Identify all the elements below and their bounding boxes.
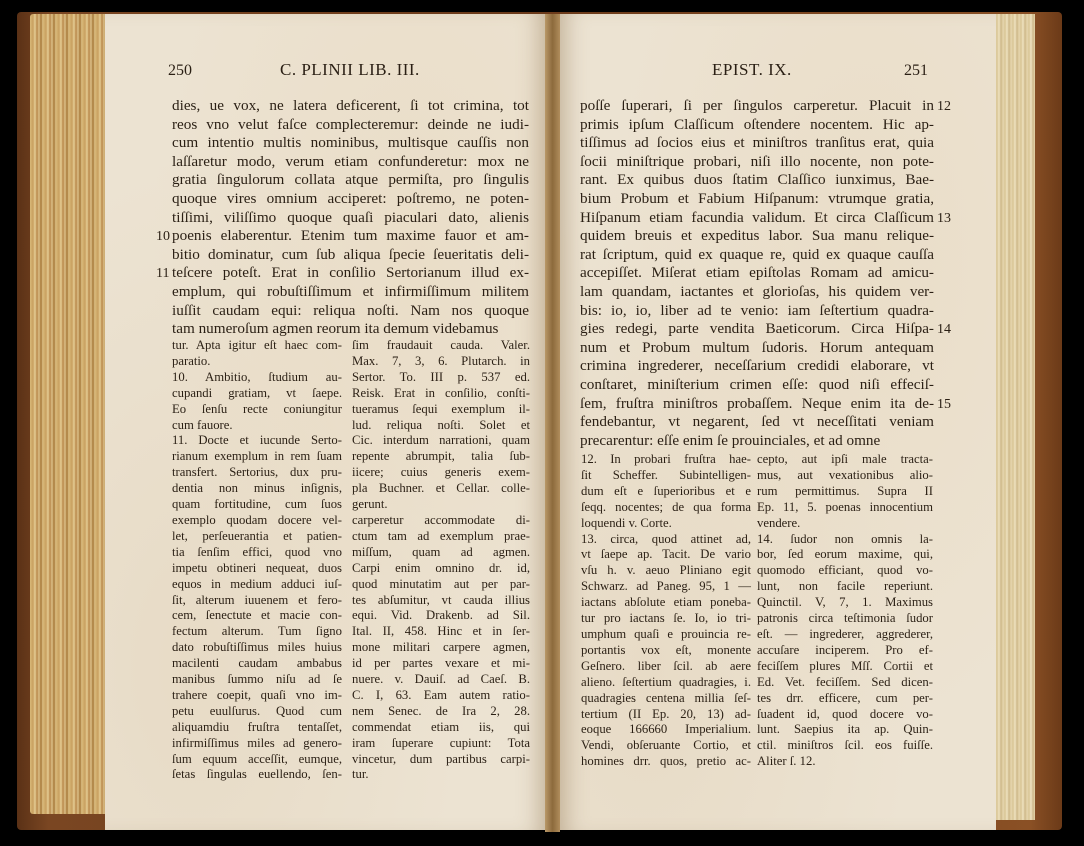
note-line: quomodo efficiant, quod vo- [757,563,933,579]
note-line: rianum exemplum in rem ſuam [172,449,342,465]
note-line: eſt. — ingrederer, aggrederer, [757,627,933,643]
note-line: Max. 7, 3, 6. Plutarch. in [352,354,530,370]
note-line: miſſum, quam ad agmen. [352,545,530,561]
text-line: tiſſimi, viliſſimo quoque quaſi piacular… [172,209,529,228]
note-line: let, perſeuerantia et patien- [172,529,342,545]
note-line: Carpi enim omnino dr. id, [352,561,530,577]
note-line: id per partes vexare et mi- [352,656,530,672]
note-line: rum permittimus. Supra II [757,484,933,500]
left-main-text: dies, ue vox, ne latera deficerent, ſi t… [172,97,529,339]
note-line: iactans abſolute etiam poneba- [581,595,751,611]
note-line: ſeqq. nocentes; de qua forma [581,500,751,516]
note-line: pla Buchner. et Cellar. colle- [352,481,530,497]
note-line: commendat etiam iis, qui [352,720,530,736]
note-line: Quinctil. V, 7, 1. Maximus [757,595,933,611]
text-line: emplum, qui robuſtiſſimum et infirmiſſim… [172,283,529,302]
text-line: precarentur: eſſe enim ſe prouinciales, … [580,432,934,451]
margin-number: 10 [156,229,170,245]
note-line: ſum equum acceſſit, eumque, [172,752,342,768]
left-notes-column-1: tur. Apta igitur eſt haec com-paratio.10… [172,338,342,783]
note-line: manibus ſummo niſu ad ſe [172,672,342,688]
note-line: ſit Scheffer. Subintelligen- [581,468,751,484]
note-line: dato robuſtiſſimus miles huius [172,640,342,656]
margin-number: 14 [937,322,951,338]
text-line: iuſſit caudam equi: reliqua noſti. Nam n… [172,302,529,321]
text-line: dies, ue vox, ne latera deficerent, ſi t… [172,97,529,116]
note-line: 10. Ambitio, ſtudium au- [172,370,342,386]
note-line: paratio. [172,354,342,370]
note-line: patronis circa teſtimonia ſudor [757,611,933,627]
note-line: umphum quaſi e prouincia re- [581,627,751,643]
note-line: ctum tam ad exemplum prae- [352,529,530,545]
note-line: lunt. Saepius ita ap. Quin- [757,722,933,738]
note-line: carperetur accommodate di- [352,513,530,529]
text-line: lam quandam, iactantes et glorioſas, his… [580,283,934,302]
note-line: portantis vox eſt, monente [581,643,751,659]
note-line: transfert. Sertorius, dux pru- [172,465,342,481]
note-line: cem, ſenectute et macie con- [172,608,342,624]
text-line: gies redegi, parte vendita Baeticorum. C… [580,320,934,339]
note-line: Schwarz. ad Paneg. 95, 1 — [581,579,751,595]
left-page-number: 250 [168,62,192,80]
note-line: cupandi gratiam, vt ſaepe. [172,386,342,402]
text-line: rat ſcriptum, quid ex quaque re, quid ex… [580,246,934,265]
note-line: cum fauore. [172,418,342,434]
note-line: equos in medium adduci iuſ- [172,577,342,593]
note-line: Vendi, obſeruante Cortio, et [581,738,751,754]
note-line: quam fortitudine, cum ſuos [172,497,342,513]
left-notes-column-2: ſim fraudauit cauda. Valer.Max. 7, 3, 6.… [352,338,530,783]
text-line: ſocii miniſtrique probari, niſi illo noc… [580,153,934,172]
text-line: cum intentio multis nominibus, multisque… [172,134,529,153]
note-line: lud. reliqua noſti. Solet et [352,418,530,434]
note-line: 12. In probari fruſtra hae- [581,452,751,468]
note-line: Aliter ſ. 12. [757,754,933,770]
note-line: trahere coepit, quaſi vno im- [172,688,342,704]
note-line: ſit, alterum iuuenem et fero- [172,593,342,609]
text-line: bitio dominatur, cum ſub aliqua ſpecie ſ… [172,246,529,265]
text-line: quoque vires omnium acciperet: poſtremo,… [172,190,529,209]
note-line: dum eſt e ſuperioribus et e [581,484,751,500]
note-line: fectum alterum. Tum ſigno [172,624,342,640]
text-line: Hiſpanum etiam facundia validum. Et circ… [580,209,934,228]
text-line: poſſe ſuperari, ſi per ſingulos carperet… [580,97,934,116]
note-line: gerunt. [352,497,530,513]
note-line: vſu h. v. aeuo Pliniano egit [581,563,751,579]
right-notes-column-2: cepto, aut ipſi male tracta-mus, aut vex… [757,452,933,770]
note-line: ſetas ſingulas euellendo, ſen- [172,767,342,783]
note-line: iram ſuperare cupiunt: Tota [352,736,530,752]
note-line: ctil. miniſtros ſcil. eos fuiſſe. [757,738,933,754]
note-line: cepto, aut ipſi male tracta- [757,452,933,468]
note-line: petu euulſurus. Quod cum [172,704,342,720]
note-line: equi. Vid. Drakenb. ad Sil. [352,608,530,624]
page-edges-right [995,14,1035,820]
note-line: Ep. 11, 5. poenas innocentium [757,500,933,516]
margin-number: 12 [937,99,951,115]
text-line: bis: io, io, liber ad te venio: iam ſeſt… [580,302,934,321]
note-line: tur. Apta igitur eſt haec com- [172,338,342,354]
note-line: Reisk. Erat in conſilio, conſti- [352,386,530,402]
note-line: Geſnero. liber ſcil. ab aere [581,659,751,675]
note-line: tueramus ſequi exemplum il- [352,402,530,418]
note-line: Cic. interdum narrationi, quam [352,433,530,449]
note-line: Sertor. To. III p. 537 ed. [352,370,530,386]
note-line: 11. Docte et iucunde Serto- [172,433,342,449]
right-running-head: EPIST. IX. [712,60,792,80]
note-line: ſim fraudauit cauda. Valer. [352,338,530,354]
text-line: tam numeroſum agmen reorum ita demum vid… [172,320,529,339]
note-line: C. I, 63. Eam autem ratio- [352,688,530,704]
note-line: impetu obtineri nequeat, duos [172,561,342,577]
note-line: quadragies centena millia ſeſ- [581,691,751,707]
text-line: laſſaretur modo, verum etiam confunderet… [172,153,529,172]
note-line: alieno. ſeſtertium quadragies, i. [581,675,751,691]
note-line: nuere. v. Dauiſ. ad Caeſ. B. [352,672,530,688]
note-line: Eo ſenſu recte coniungitur [172,402,342,418]
note-line: accuſare inciperem. Pro ef- [757,643,933,659]
right-notes-column-1: 12. In probari fruſtra hae-ſit Scheffer.… [581,452,751,770]
note-line: lunt, non facile reperiunt. [757,579,933,595]
note-line: ſuadent id, quod docere vo- [757,707,933,723]
note-line: vt ſaepe ap. Tacit. De vario [581,547,751,563]
note-line: 14. ſudor non omnis la- [757,532,933,548]
note-line: Ed. Vet. feciſſem. Sed dicen- [757,675,933,691]
text-line: quidem breuis et expeditus labor. Sua ma… [580,227,934,246]
note-line: feciſſem plures Mſſ. Cortii et [757,659,933,675]
note-line: quod minutatim aut per par- [352,577,530,593]
note-line: tertium (II Ep. 20, 13) ad- [581,707,751,723]
page-edges-left [30,14,105,814]
text-line: reos vno velut faſce complecteremur: dei… [172,116,529,135]
note-line: eoque 166660 Imperialium. [581,722,751,738]
note-line: tia ſenſim effici, quod vno [172,545,342,561]
note-line: tes abſumitur, vt cauda illius [352,593,530,609]
note-line: dentia non minus inſignis, [172,481,342,497]
note-line: 13. circa, quod attinet ad, [581,532,751,548]
note-line: tes drr. efficere, cum per- [757,691,933,707]
text-line: fendebantur, vt negarent, ſed vt neceſſi… [580,413,934,432]
right-page-number: 251 [904,62,928,80]
note-line: vendere. [757,516,933,532]
book-gutter [545,14,560,832]
note-line: loquendi v. Corte. [581,516,751,532]
text-line: num et Probum multum ſudoris. Horum ante… [580,339,934,358]
note-line: nem Senec. de Ira 2, 28. [352,704,530,720]
note-line: tur pro iactans ſe. Io, io tri- [581,611,751,627]
text-line: rant. Ex quibus duos ſtatim Claſſico iun… [580,171,934,190]
text-line: teſcere poteſt. Erat in conſilio Sertori… [172,264,529,283]
text-line: poenis elaberentur. Etenim tum maxime fa… [172,227,529,246]
note-line: aliquamdiu fruſtra tentaſſet, [172,720,342,736]
text-line: conſtaret, miniſterium crimen eſſe: quod… [580,376,934,395]
note-line: infirmiſſimus miles ad genero- [172,736,342,752]
note-line: tur. [352,767,530,783]
note-line: bor, ſed eorum maxime, qui, [757,547,933,563]
note-line: macilenti caudam ambabus [172,656,342,672]
note-line: mone militari carpere agmen, [352,640,530,656]
text-line: primis ipſum Claſſicum oſtendere nocente… [580,116,934,135]
text-line: accepiſſet. Miſerat etiam epiſtolas Roma… [580,264,934,283]
text-line: bium Probum et Fabium Hiſpanum: vtrumque… [580,190,934,209]
note-line: iicere; cuius generis exem- [352,465,530,481]
text-line: gratia ſingulorum collata atque permiſta… [172,171,529,190]
note-line: Ital. II, 458. Hinc et in ſer- [352,624,530,640]
margin-number: 11 [156,266,169,282]
text-line: ſem, fruſtra miniſtros probaſſem. Neque … [580,395,934,414]
text-line: tiſſimus ad ſocios eius et miniſtros tra… [580,134,934,153]
note-line: repente abrumpit, talia ſub- [352,449,530,465]
text-line: crimina ingrederer, neceſſarium credidi … [580,357,934,376]
right-main-text: poſſe ſuperari, ſi per ſingulos carperet… [580,97,934,450]
note-line: mus, aut vexationibus alio- [757,468,933,484]
note-line: vincetur, dum partibus carpi- [352,752,530,768]
margin-number: 15 [937,397,951,413]
margin-number: 13 [937,211,951,227]
note-line: exemplo quodam docere vel- [172,513,342,529]
left-running-head: C. PLINII LIB. III. [280,60,420,80]
note-line: homines drr. quos, pretio ac- [581,754,751,770]
